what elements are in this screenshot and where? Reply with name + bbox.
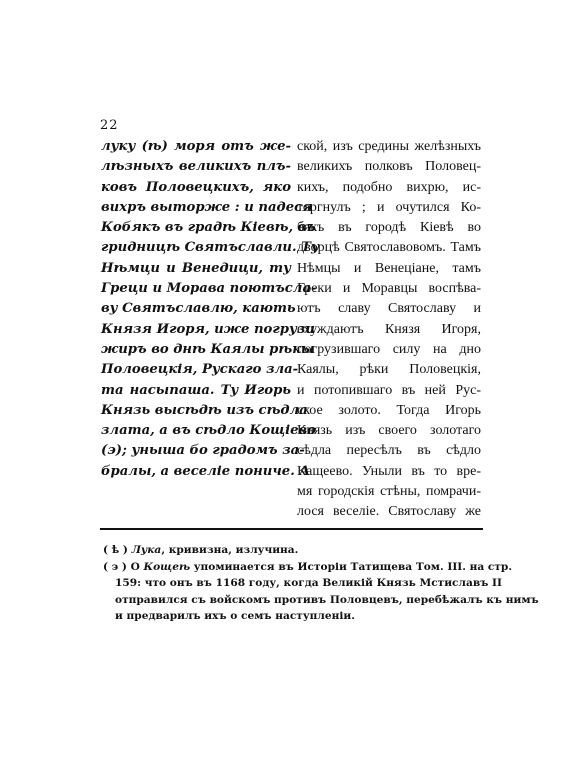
text-line: Кащеево. Уныли въ то вре- <box>297 462 481 482</box>
footnote-2: ( э ) О Кощеѣ упоминается въ Исторіи Тат… <box>103 559 483 576</box>
text-line: ковъ Половецкихъ, яко <box>101 178 291 198</box>
text-line: кихъ, подобно вихрю, ис- <box>297 178 481 198</box>
text-line: вихръ выторже : и падеся <box>101 198 291 218</box>
text-line: луку (ѣ) моря отъ же- <box>101 137 291 157</box>
left-column-old-russian-text: луку (ѣ) моря отъ же- лѣзныхъ великихъ п… <box>101 137 291 482</box>
right-column-modern-translation: ской, изъ средины желѣзныхъ великихъ пол… <box>297 137 481 523</box>
text-line: Греци и Морава поютъсла- <box>101 279 291 299</box>
text-line: ву Святъславлю, кають <box>101 299 291 319</box>
text-line: Каялы, рѣки Половецкія, <box>297 360 481 380</box>
footnote-prefix: О <box>131 561 144 573</box>
footnote-separator-rule <box>100 528 483 530</box>
footnote-text: , кривизна, излучина. <box>161 544 298 556</box>
text-line: ютъ славу Святославу и <box>297 299 481 319</box>
text-line: бякъ въ городѣ Кіевѣ во <box>297 218 481 238</box>
text-line: погрузившаго силу на дно <box>297 340 481 360</box>
text-line: (э); уныша бо градомъ за- <box>101 441 291 461</box>
text-line: Нѣмцы и Венеціане, тамъ <box>297 259 481 279</box>
text-line: сѣдла пересѣлъ въ сѣдло <box>297 441 481 461</box>
footnote-2-continuation: отправился съ войскомъ противъ Половцевъ… <box>103 592 483 609</box>
text-line: мя городскія стѣны, помрачи- <box>297 482 481 502</box>
text-line: Греки и Моравцы воспѣва- <box>297 279 481 299</box>
text-line: жиръ во днѣ Каялы рѣкы <box>101 340 291 360</box>
footnote-term: Кощеѣ <box>143 561 190 573</box>
text-line: великихъ полковъ Половец- <box>297 157 481 177</box>
text-line: Половецкія, Рускаго зла- <box>101 360 291 380</box>
footnotes: ( ѣ ) Лука, кривизна, излучина. ( э ) О … <box>103 542 483 625</box>
text-line: охуждаютъ Князя Игоря, <box>297 320 481 340</box>
footnote-1: ( ѣ ) Лука, кривизна, излучина. <box>103 542 483 559</box>
text-line: гридницѣ Святъславли. Ту <box>101 238 291 258</box>
text-line: Нѣмци и Венедици, ту <box>101 259 291 279</box>
text-line: злата, а въ сѣдло Кощіево <box>101 421 291 441</box>
text-line: Князя Игоря, иже погрузи <box>101 320 291 340</box>
text-line: торгнулъ ; и очутился Ко- <box>297 198 481 218</box>
text-line: Кобякъ въ градѣ Кіевѣ, въ <box>101 218 291 238</box>
footnote-marker: ( ѣ ) <box>103 544 128 556</box>
text-line: та насыпаша. Ту Игорь <box>101 381 291 401</box>
footnote-2-continuation: и предварилъ ихъ о семъ наступленіи. <box>103 608 483 625</box>
page-number: 22 <box>100 118 119 133</box>
text-line: и потопившаго въ ней Рус- <box>297 381 481 401</box>
text-line: ское золото. Тогда Игорь <box>297 401 481 421</box>
text-line: Князь изъ своего золотаго <box>297 421 481 441</box>
footnote-2-continuation: 159: что онъ въ 1168 году, когда Великій… <box>103 575 483 592</box>
footnote-text: упоминается въ Исторіи Татищева Том. III… <box>190 561 512 573</box>
text-line: лѣзныхъ великихъ плъ- <box>101 157 291 177</box>
text-line: Князь высѣдѣ изъ сѣдла <box>101 401 291 421</box>
text-line: ской, изъ средины желѣзныхъ <box>297 137 481 157</box>
text-line: лося веселіе. Святославу же <box>297 502 481 522</box>
footnote-marker: ( э ) <box>103 561 127 573</box>
footnote-term: Лука <box>132 544 162 556</box>
text-line: бралы, а веселіе пониче. А <box>101 462 291 482</box>
text-line: дворцѣ Святославовомъ. Тамъ <box>297 238 481 258</box>
